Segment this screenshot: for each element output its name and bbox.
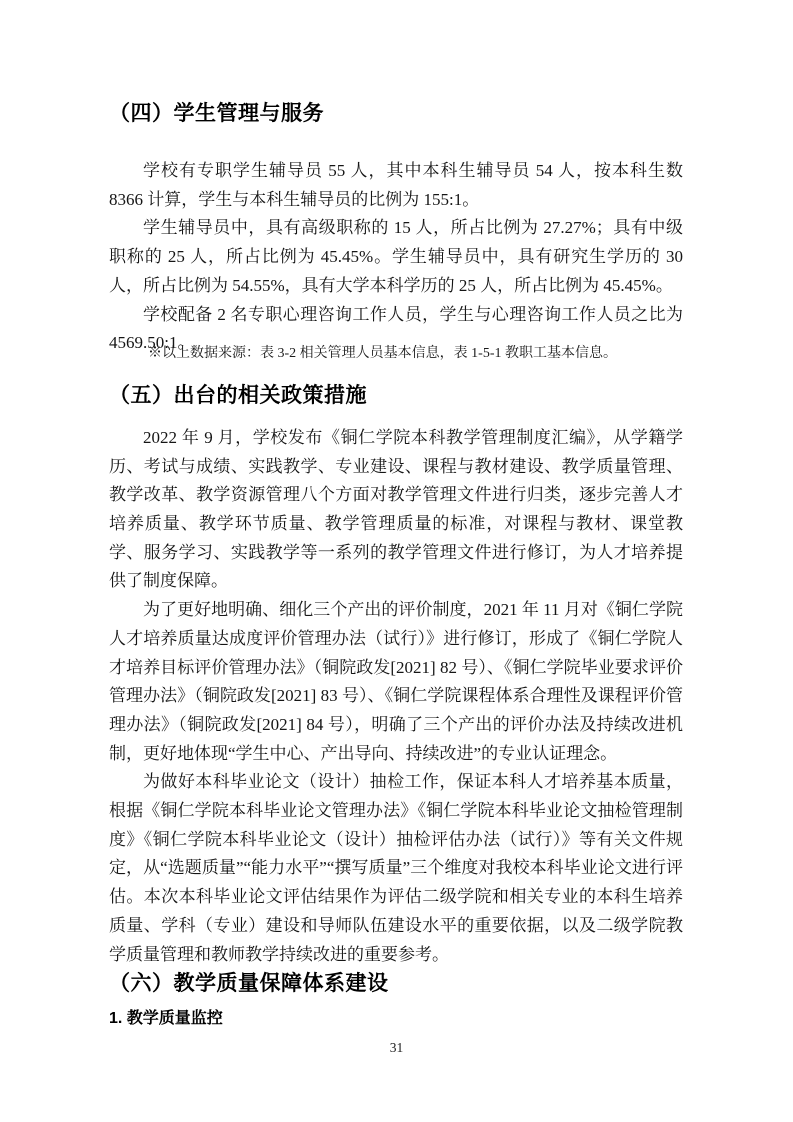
section-4-paragraph-2: 学生辅导员中，具有高级职称的 15 人，所占比例为 27.27%；具有中级职称的… [109,214,683,300]
section-4-heading: （四）学生管理与服务 [109,99,683,129]
section-4-paragraph-1: 学校有专职学生辅导员 55 人，其中本科生辅导员 54 人，按本科生数 8366… [109,157,683,214]
section-5-paragraph-2: 为了更好地明确、细化三个产出的评价制度，2021 年 11 月对《铜仁学院人才培… [109,596,683,768]
page-number: 31 [0,1040,793,1056]
section-5-heading: （五）出台的相关政策措施 [109,381,683,411]
page-content: （四）学生管理与服务 学校有专职学生辅导员 55 人，其中本科生辅导员 54 人… [0,0,793,1030]
document-page: （四）学生管理与服务 学校有专职学生辅导员 55 人，其中本科生辅导员 54 人… [0,0,793,1122]
section-6-heading: （六）教学质量保障体系建设 [109,969,683,999]
section-5-paragraph-3: 为做好本科毕业论文（设计）抽检工作，保证本科人才培养基本质量，根据《铜仁学院本科… [109,768,683,969]
section-5-paragraph-1: 2022 年 9 月，学校发布《铜仁学院本科教学管理制度汇编》，从学籍学历、考试… [109,424,683,596]
section-6-subheading: 1. 教学质量监控 [109,1008,683,1030]
data-source-note: ※以上数据来源：表 3-2 相关管理人员基本信息，表 1-5-1 教职工基本信息… [109,344,683,364]
